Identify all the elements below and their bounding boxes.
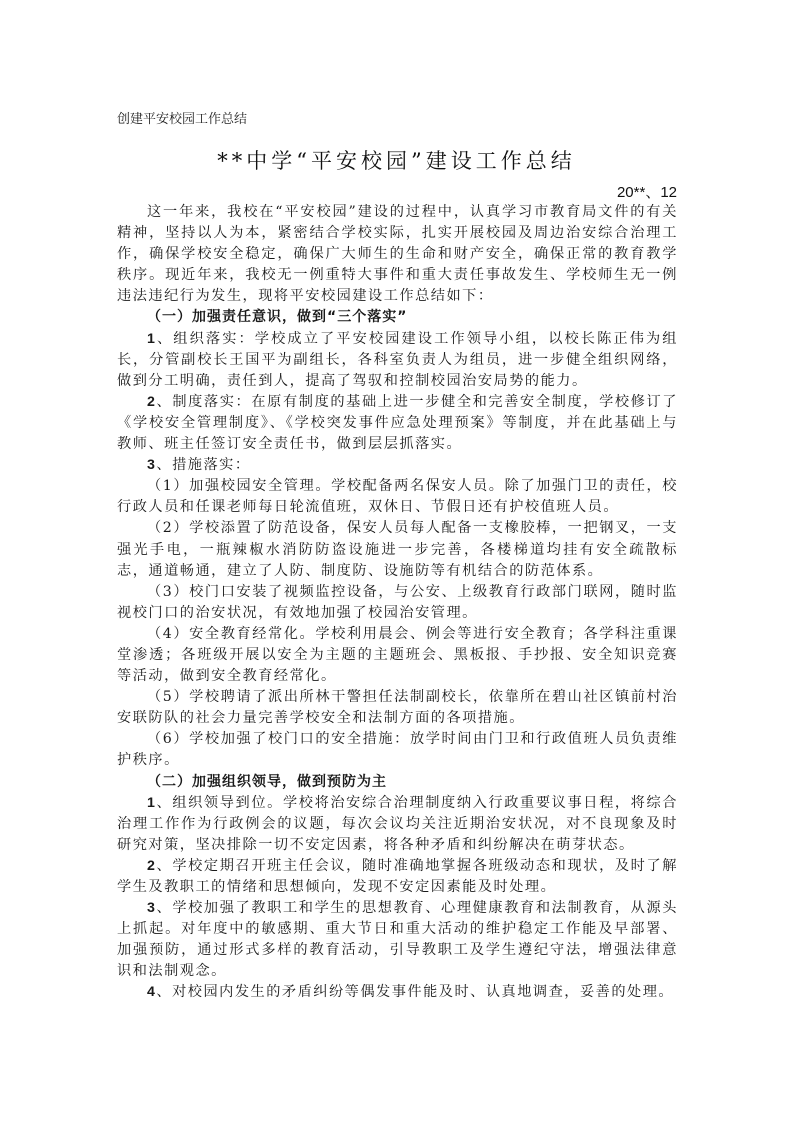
item-text: 、学校定期召开班主任会议，随时准确地掌握各班级动态和现状，及时了解学生及教职工的…	[117, 858, 678, 895]
measure-text: 安全教育经常化。学校利用晨会、例会等进行安全教育；各学科注重课堂渗透；各班级开展…	[117, 626, 678, 684]
document-title: **中学“平安校园”建设工作总结	[0, 145, 793, 175]
document-date: 20**、12	[617, 181, 677, 202]
document-body: 这一年来，我校在“平安校园”建设的过程中，认真学习市教育局文件的有关精神，坚持以…	[117, 202, 678, 1004]
measure-3: （3）校门口安装了视频监控设备，与公安、上级教育行政部门联网，随时监视校门口的治…	[117, 582, 678, 624]
measure-number: （4）	[147, 626, 189, 642]
item-number: 1	[147, 795, 156, 811]
measure-text: 学校添置了防范设备，保安人员每人配备一支橡胶棒，一把钢叉，一支强光手电，一瓶辣椒…	[117, 520, 678, 578]
item-number: 3	[147, 457, 156, 473]
measure-number: （5）	[147, 689, 189, 705]
item-text: 、对校园内发生的矛盾纠纷等偶发事件能及时、认真地调查，妥善的处理。	[156, 984, 674, 1000]
measure-2: （2）学校添置了防范设备，保安人员每人配备一支橡胶棒，一把钢叉，一支强光手电，一…	[117, 518, 678, 581]
item-text: 、组织落实：学校成立了平安校园建设工作领导小组，以校长陈正伟为组长，分管副校长王…	[117, 331, 678, 389]
section-2-item-4: 4、对校园内发生的矛盾纠纷等偶发事件能及时、认真地调查，妥善的处理。	[117, 982, 678, 1003]
measure-text: 学校聘请了派出所林干警担任法制副校长，依靠所在碧山社区镇前村治安联防队的社会力量…	[117, 689, 678, 726]
item-text: 、组织领导到位。学校将治安综合治理制度纳入行政重要议事日程，将综合治理工作作为行…	[117, 795, 678, 853]
measure-1: （1）加强校园安全管理。学校配备两名保安人员。除了加强门卫的责任，校行政人员和任…	[117, 476, 678, 518]
measure-number: （2）	[147, 520, 189, 536]
item-text: 、制度落实：在原有制度的基础上进一步健全和完善安全制度，学校修订了《学校安全管理…	[117, 394, 678, 452]
document-label: 创建平安校园工作总结	[117, 108, 247, 127]
document-page: 创建平安校园工作总结 **中学“平安校园”建设工作总结 20**、12 这一年来…	[0, 0, 793, 1122]
item-text: 、措施落实：	[156, 457, 250, 473]
section-2-item-1: 1、组织领导到位。学校将治安综合治理制度纳入行政重要议事日程，将综合治理工作作为…	[117, 793, 678, 856]
item-text: 、学校加强了教职工和学生的思想教育、心理健康教育和法制教育，从源头上抓起。对年度…	[117, 900, 678, 979]
item-number: 4	[147, 984, 156, 1000]
measure-4: （4）安全教育经常化。学校利用晨会、例会等进行安全教育；各学科注重课堂渗透；各班…	[117, 624, 678, 687]
section-1-item-1: 1、组织落实：学校成立了平安校园建设工作领导小组，以校长陈正伟为组长，分管副校长…	[117, 329, 678, 392]
intro-paragraph: 这一年来，我校在“平安校园”建设的过程中，认真学习市教育局文件的有关精神，坚持以…	[117, 202, 678, 307]
item-number: 3	[147, 900, 156, 916]
measure-number: （6）	[147, 731, 189, 747]
section-1-item-2: 2、制度落实：在原有制度的基础上进一步健全和完善安全制度，学校修订了《学校安全管…	[117, 392, 678, 455]
section-1-heading: （一）加强责任意识，做到“三个落实”	[117, 307, 678, 328]
measure-text: 学校加强了校门口的安全措施：放学时间由门卫和行政值班人员负责维护秩序。	[117, 731, 678, 768]
measure-number: （3）	[147, 584, 189, 600]
item-number: 2	[147, 394, 156, 410]
measure-number: （1）	[147, 478, 189, 494]
section-1-item-3: 3、措施落实：	[117, 455, 678, 476]
section-2-item-2: 2、学校定期召开班主任会议，随时准确地掌握各班级动态和现状，及时了解学生及教职工…	[117, 856, 678, 898]
item-number: 1	[147, 331, 156, 347]
measure-5: （5）学校聘请了派出所林干警担任法制副校长，依靠所在碧山社区镇前村治安联防队的社…	[117, 687, 678, 729]
measure-text: 加强校园安全管理。学校配备两名保安人员。除了加强门卫的责任，校行政人员和任课老师…	[117, 478, 678, 515]
measure-6: （6）学校加强了校门口的安全措施：放学时间由门卫和行政值班人员负责维护秩序。	[117, 729, 678, 771]
measure-text: 校门口安装了视频监控设备，与公安、上级教育行政部门联网，随时监视校门口的治安状况…	[117, 584, 678, 621]
section-2-item-3: 3、学校加强了教职工和学生的思想教育、心理健康教育和法制教育，从源头上抓起。对年…	[117, 898, 678, 982]
item-number: 2	[147, 858, 156, 874]
section-2-heading: （二）加强组织领导，做到预防为主	[117, 772, 678, 793]
